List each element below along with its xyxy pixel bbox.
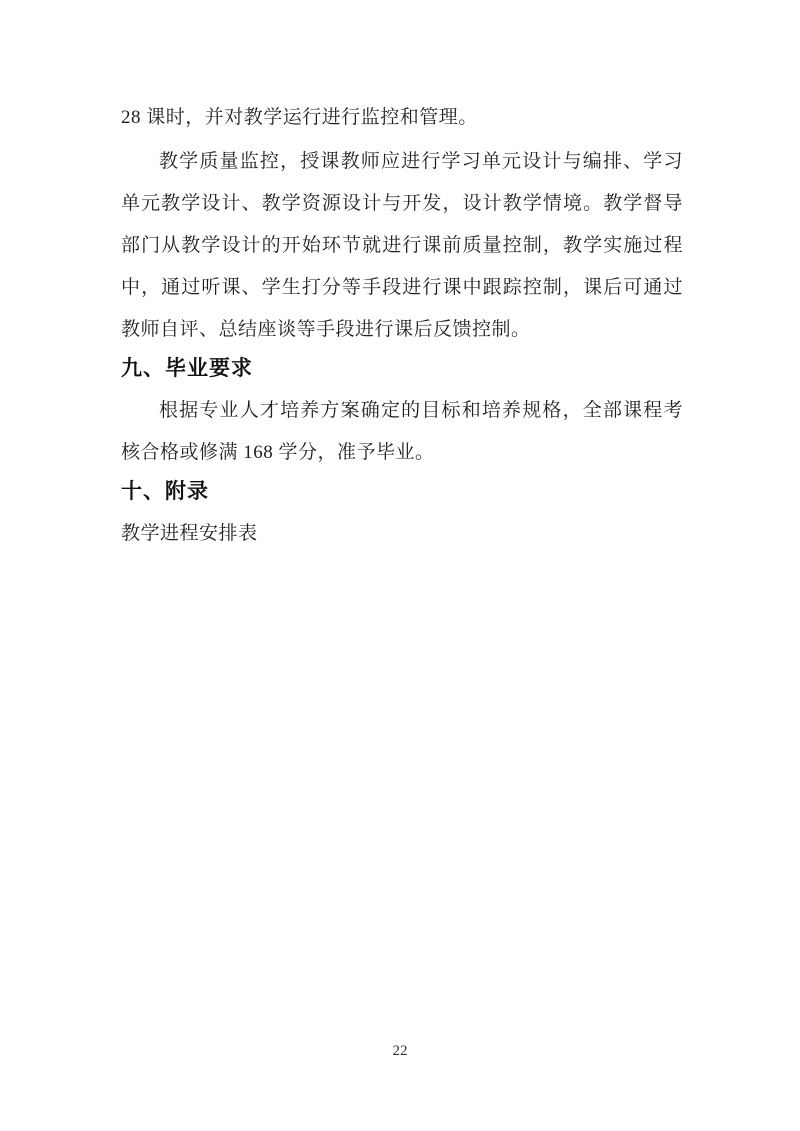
- page-footer: 22: [0, 1042, 800, 1060]
- paragraph-teaching-schedule-table: 教学进程安排表: [121, 513, 683, 555]
- paragraph-teaching-quality-monitoring: 教学质量监控，授课教师应进行学习单元设计与编排、学习单元教学设计、教学资源设计与…: [121, 141, 683, 351]
- paragraph-course-hours: 28 课时，并对教学运行进行监控和管理。: [121, 97, 683, 139]
- document-page: 28 课时，并对教学运行进行监控和管理。 教学质量监控，授课教师应进行学习单元设…: [0, 0, 800, 1131]
- page-number: 22: [393, 1043, 408, 1059]
- heading-appendix: 十、附录: [121, 476, 683, 508]
- paragraph-graduation-credits: 根据专业人才培养方案确定的目标和培养规格，全部课程考核合格或修满 168 学分，…: [121, 390, 683, 474]
- heading-graduation-requirements: 九、毕业要求: [121, 353, 683, 385]
- page-content: 28 课时，并对教学运行进行监控和管理。 教学质量监控，授课教师应进行学习单元设…: [121, 97, 683, 557]
